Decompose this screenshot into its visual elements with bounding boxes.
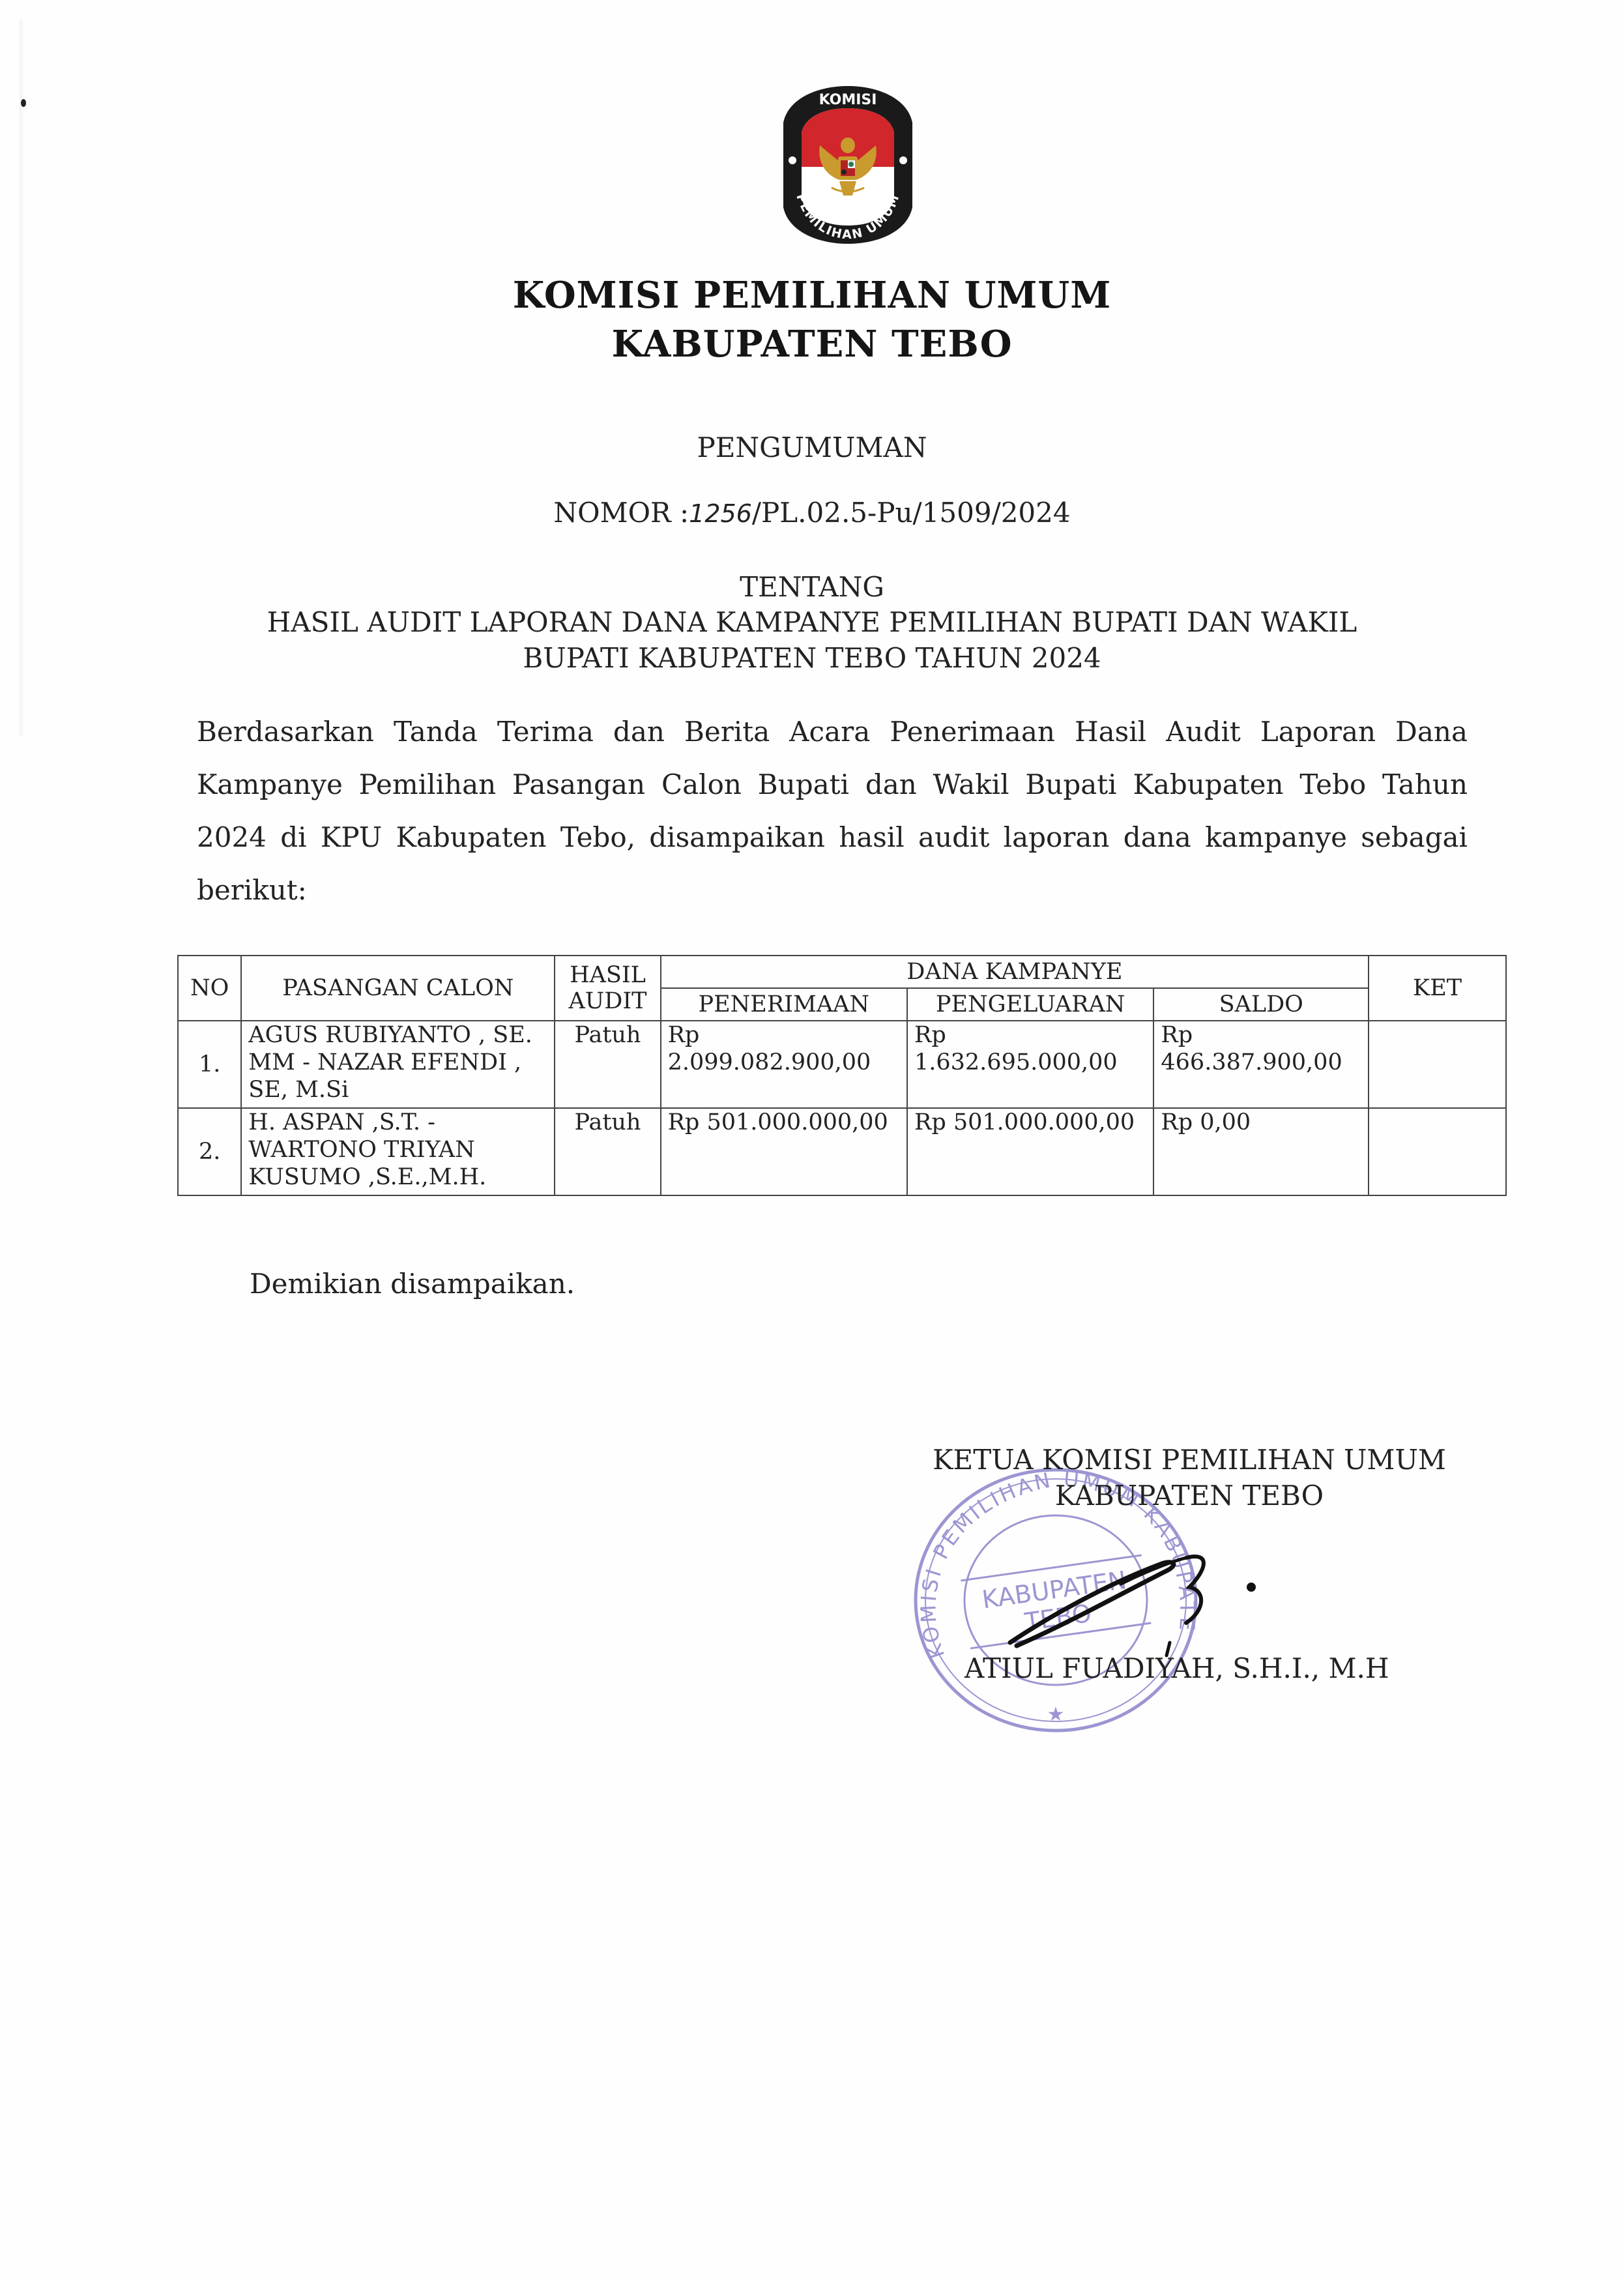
svg-text:★: ★ bbox=[1047, 1703, 1065, 1726]
org-name-line2: KABUPATEN TEBO bbox=[0, 323, 1624, 366]
cell-ket bbox=[1369, 1021, 1506, 1108]
cell-saldo: Rp 0,00 bbox=[1153, 1108, 1369, 1195]
kpu-logo-icon: KOMISI PEMILIHAN UMUM bbox=[779, 83, 916, 246]
subject-line1: HASIL AUDIT LAPORAN DANA KAMPANYE PEMILI… bbox=[0, 606, 1624, 638]
org-name-line1: KOMISI PEMILIHAN UMUM bbox=[0, 274, 1624, 317]
closing-text: Demikian disampaikan. bbox=[250, 1268, 575, 1300]
table-row: 2. H. ASPAN ,S.T. - WARTONO TRIYAN KUSUM… bbox=[178, 1108, 1506, 1195]
cell-penerimaan: Rp 2.099.082.900,00 bbox=[661, 1021, 907, 1108]
table-row: 1. AGUS RUBIYANTO , SE. MM - NAZAR EFEND… bbox=[178, 1021, 1506, 1108]
signatory-name: ATIUL FUADIYAH, S.H.I., M.H bbox=[964, 1652, 1389, 1684]
header-pengeluaran: PENGELUARAN bbox=[907, 988, 1153, 1021]
cell-hasil-audit: Patuh bbox=[555, 1108, 660, 1195]
cell-pasangan: AGUS RUBIYANTO , SE. MM - NAZAR EFENDI ,… bbox=[241, 1021, 555, 1108]
audit-results-table: NO PASANGAN CALON HASIL AUDIT DANA KAMPA… bbox=[177, 955, 1507, 1196]
cell-ket bbox=[1369, 1108, 1506, 1195]
signatory-title-line2: KABUPATEN TEBO bbox=[847, 1480, 1531, 1512]
cell-pasangan: H. ASPAN ,S.T. - WARTONO TRIYAN KUSUMO ,… bbox=[241, 1108, 555, 1195]
scan-speck bbox=[21, 99, 26, 107]
header-hasil-audit: HASIL AUDIT bbox=[555, 956, 660, 1021]
cell-no: 1. bbox=[178, 1021, 241, 1108]
header-pasangan: PASANGAN CALON bbox=[241, 956, 555, 1021]
about-label: TENTANG bbox=[0, 571, 1624, 603]
logo-text-top: KOMISI bbox=[819, 92, 877, 108]
cell-pengeluaran: Rp 1.632.695.000,00 bbox=[907, 1021, 1153, 1108]
announcement-title: PENGUMUMAN bbox=[0, 431, 1624, 463]
signatory-title-line1: KETUA KOMISI PEMILIHAN UMUM bbox=[847, 1444, 1531, 1476]
header-saldo: SALDO bbox=[1153, 988, 1369, 1021]
number-prefix: NOMOR : bbox=[553, 497, 689, 529]
cell-pengeluaran: Rp 501.000.000,00 bbox=[907, 1108, 1153, 1195]
announcement-number: NOMOR :1256/PL.02.5-Pu/1509/2024 bbox=[0, 497, 1624, 529]
header-ket: KET bbox=[1369, 956, 1506, 1021]
cell-penerimaan: Rp 501.000.000,00 bbox=[661, 1108, 907, 1195]
number-suffix: /PL.02.5-Pu/1509/2024 bbox=[752, 497, 1071, 529]
subject-line2: BUPATI KABUPATEN TEBO TAHUN 2024 bbox=[0, 642, 1624, 674]
number-handwritten: 1256 bbox=[689, 499, 752, 528]
cell-hasil-audit: Patuh bbox=[555, 1021, 660, 1108]
body-paragraph: Berdasarkan Tanda Terima dan Berita Acar… bbox=[197, 705, 1468, 916]
cell-saldo: Rp 466.387.900,00 bbox=[1153, 1021, 1369, 1108]
cell-no: 2. bbox=[178, 1108, 241, 1195]
header-dana-kampanye: DANA KAMPANYE bbox=[661, 956, 1369, 988]
document-page: KOMISI PEMILIHAN UMUM KOMISI PEMILIHAN U… bbox=[0, 0, 1624, 2280]
header-no: NO bbox=[178, 956, 241, 1021]
header-penerimaan: PENERIMAAN bbox=[661, 988, 907, 1021]
